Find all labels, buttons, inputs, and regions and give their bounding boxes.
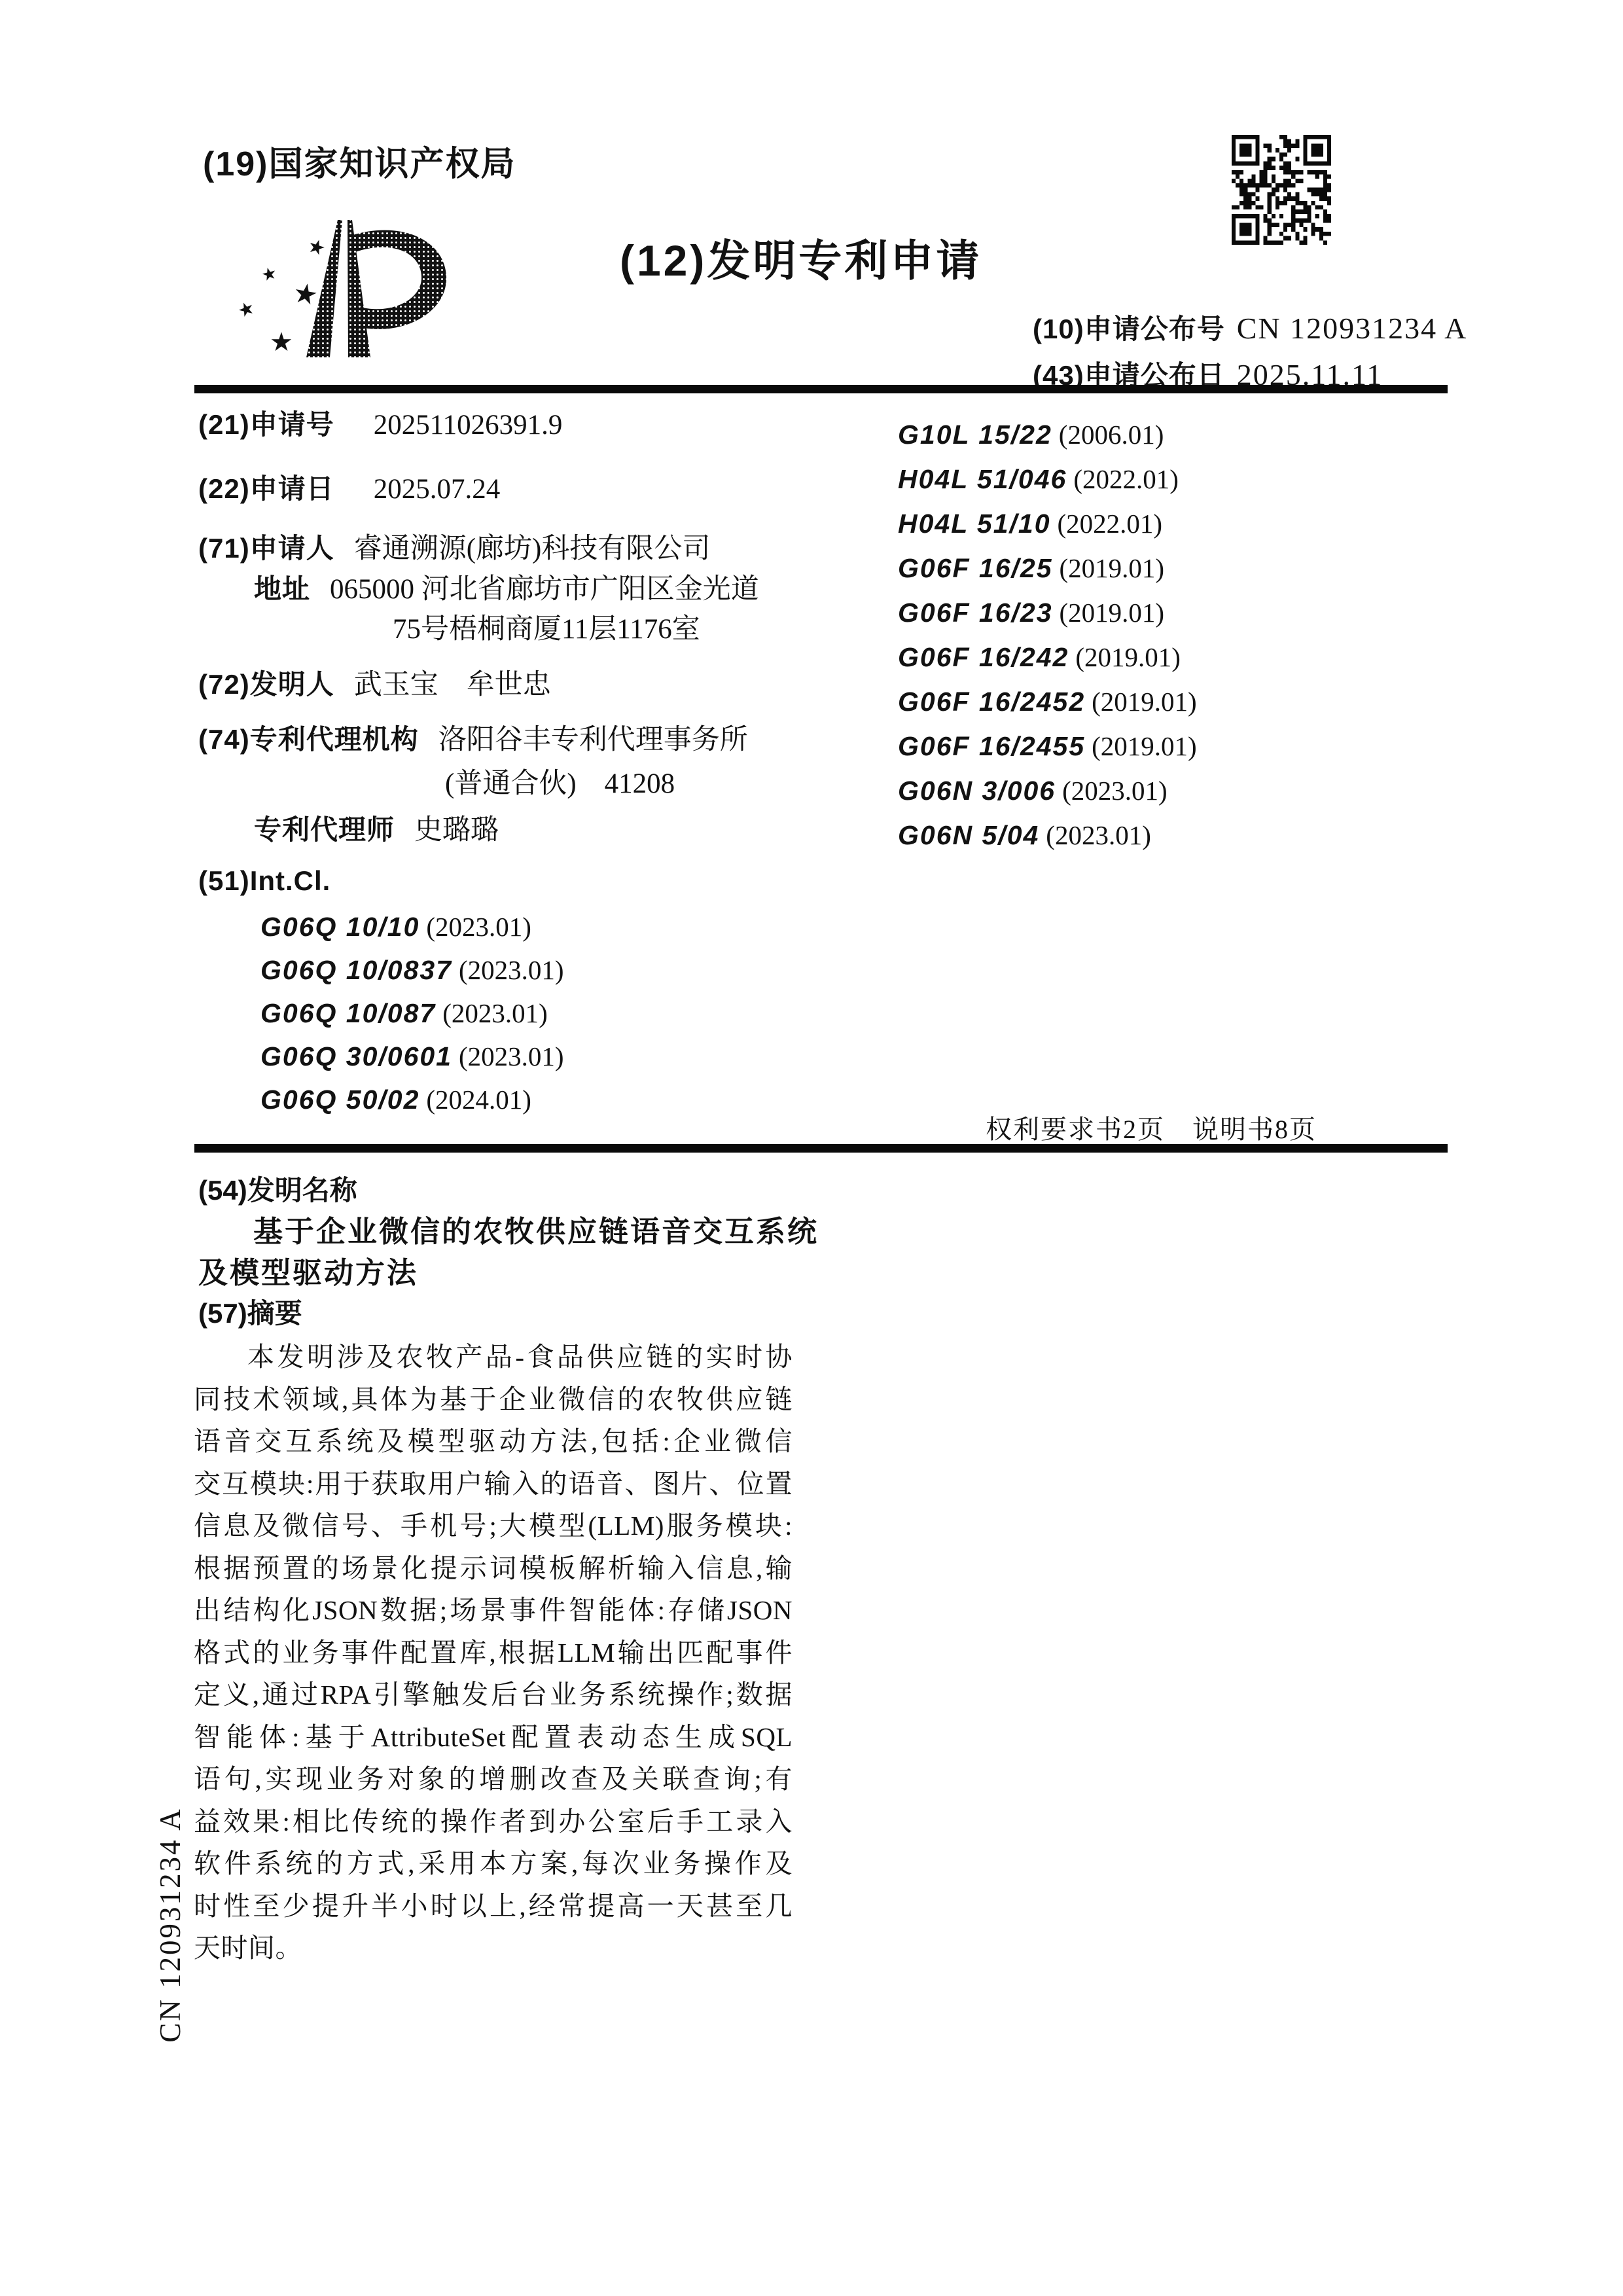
ipc-left-row: G06Q 50/02(2024.01)	[260, 1084, 531, 1115]
vertical-pub-number: CN 120931234 A	[153, 1787, 187, 2062]
ipc-code: G06F 16/2452	[898, 687, 1085, 717]
agency-row: (74)专利代理机构洛阳谷丰专利代理事务所	[198, 717, 748, 757]
agent-value: 史璐璐	[414, 815, 499, 846]
svg-text:★: ★	[291, 277, 320, 312]
ipc-version: (2022.01)	[1058, 509, 1163, 539]
ipc-version: (2019.01)	[1060, 598, 1165, 628]
agency-value: 洛阳谷丰专利代理事务所	[438, 725, 748, 755]
pub-number-label: (10)申请公布号	[1033, 314, 1225, 344]
ipc-right-row: H04L 51/046(2022.01)	[898, 463, 1179, 495]
abstract-line: 语句,实现业务对象的增删改查及关联查询;有	[194, 1757, 793, 1796]
ipc-version: (2022.01)	[1073, 464, 1179, 494]
invention-title-label: (54)发明名称	[198, 1169, 357, 1208]
address-line2: 75号梧桐商厦11层1176室	[393, 614, 700, 645]
abstract-line: 同技术领域,具体为基于企业微信的农牧供应链	[194, 1378, 793, 1416]
ipc-right-row: G06N 5/04(2023.01)	[898, 819, 1151, 851]
pub-number-row: (10)申请公布号CN 120931234 A	[1033, 308, 1467, 347]
patent-front-page: (19)国家知识产权局 ★ ★ ★ ★ ★ (12)发	[0, 0, 1623, 2296]
ipc-code: G06F 16/242	[898, 642, 1069, 672]
ipc-version: (2006.01)	[1059, 420, 1164, 450]
ipc-right-row: G10L 15/22(2006.01)	[898, 419, 1164, 450]
abstract-line: 出结构化JSON数据;场景事件智能体:存储JSON	[194, 1588, 793, 1627]
intcl-row: (51)Int.Cl.	[198, 865, 350, 897]
ipc-code: G06N 5/04	[898, 820, 1039, 850]
invention-title-line1: 基于企业微信的农牧供应链语音交互系统	[253, 1208, 819, 1250]
ipc-code: G06Q 30/0601	[260, 1041, 452, 1071]
abstract-line: 交互模块:用于获取用户输入的语音、图片、位置	[194, 1462, 793, 1501]
ipc-code: G06Q 10/0837	[260, 955, 452, 985]
agent-label: 专利代理师	[254, 814, 395, 845]
ipc-left-row: G06Q 10/087(2023.01)	[260, 997, 548, 1029]
ipc-version: (2023.01)	[426, 912, 531, 942]
ipc-version: (2023.01)	[1062, 776, 1168, 806]
application-date-row: (22)申请日2025.07.24	[198, 467, 500, 507]
intcl-label: (51)Int.Cl.	[198, 865, 330, 896]
address-label: 地址	[254, 573, 310, 604]
ipc-version: (2019.01)	[1092, 731, 1197, 761]
logo-p-bowl	[351, 230, 446, 329]
inventors-value: 武玉宝 牟世忠	[354, 670, 551, 700]
ipc-right-row: H04L 51/10(2022.01)	[898, 508, 1162, 539]
ipc-code: G06F 16/23	[898, 598, 1053, 628]
ipc-right-row: G06F 16/25(2019.01)	[898, 552, 1164, 584]
agency-line2: (普通合伙) 41208	[445, 768, 675, 799]
abstract-label: (57)摘要	[198, 1292, 302, 1331]
ipc-version: (2023.01)	[1046, 820, 1151, 850]
abstract-line: 定义,通过RPA引擎触发后台业务系统操作;数据	[194, 1673, 793, 1712]
ipc-version: (2023.01)	[459, 955, 564, 985]
ipc-code: G06F 16/2455	[898, 731, 1085, 761]
abstract-line: 语音交互系统及模型驱动方法,包括:企业微信	[194, 1420, 793, 1458]
ipc-version: (2024.01)	[426, 1085, 531, 1115]
ipc-right-row: G06F 16/242(2019.01)	[898, 641, 1181, 673]
ipc-code: G06Q 50/02	[260, 1085, 419, 1115]
ipc-version: (2019.01)	[1092, 687, 1197, 717]
ipc-version: (2023.01)	[442, 998, 548, 1028]
ipc-code: G06Q 10/087	[260, 998, 436, 1028]
svg-text:★: ★	[259, 262, 279, 285]
abstract-line: 信息及微信号、手机号;大模型(LLM)服务模块:	[194, 1504, 793, 1543]
ipc-version: (2019.01)	[1060, 553, 1165, 583]
ipc-right-row: G06F 16/2455(2019.01)	[898, 730, 1197, 762]
abstract-line: 软件系统的方式,采用本方案,每次业务操作及	[194, 1842, 793, 1880]
abstract-line: 天时间。	[194, 1926, 793, 1965]
invention-title-line2: 及模型驱动方法	[198, 1249, 418, 1291]
cnipa-logo: ★ ★ ★ ★ ★	[229, 208, 465, 375]
application-date-label: (22)申请日	[198, 473, 334, 504]
svg-text:★: ★	[235, 296, 258, 321]
ipc-code: H04L 51/046	[898, 464, 1067, 494]
abstract-line: 本发明涉及农牧产品-食品供应链的实时协	[194, 1335, 793, 1374]
applicant-value: 睿通溯源(廊坊)科技有限公司	[354, 533, 711, 564]
abstract-line: 时性至少提升半小时以上,经常提高一天甚至几	[194, 1884, 793, 1923]
address-row: 地址065000 河北省廊坊市广阳区金光道	[254, 567, 759, 607]
address-line1: 065000 河北省廊坊市广阳区金光道	[330, 574, 759, 605]
abstract-line: 格式的业务事件配置库,根据LLM输出匹配事件	[194, 1631, 793, 1670]
ipc-code: G10L 15/22	[898, 420, 1052, 450]
ipc-code: G06N 3/006	[898, 776, 1056, 806]
ipc-right-row: G06F 16/2452(2019.01)	[898, 686, 1197, 717]
application-number-row: (21)申请号202511026391.9	[198, 403, 562, 442]
office-name: (19)国家知识产权局	[203, 136, 516, 185]
svg-text:★: ★	[270, 328, 293, 357]
pub-number-value: CN 120931234 A	[1237, 312, 1468, 345]
ipc-code: G06F 16/25	[898, 553, 1053, 583]
agency-row2: (普通合伙) 41208	[445, 761, 675, 801]
agency-label: (74)专利代理机构	[198, 724, 419, 755]
header-divider-rule	[194, 385, 1448, 393]
abstract-line: 智能体:基于AttributeSet配置表动态生成SQL	[194, 1715, 793, 1754]
ipc-code: H04L 51/10	[898, 509, 1051, 539]
inventors-label: (72)发明人	[198, 669, 334, 700]
qr-code	[1232, 135, 1331, 248]
applicant-label: (71)申请人	[198, 533, 334, 564]
ipc-version: (2023.01)	[459, 1041, 564, 1071]
svg-text:★: ★	[305, 234, 329, 260]
abstract-line: 根据预置的场景化提示词模板解析输入信息,输	[194, 1547, 793, 1585]
application-number-value: 202511026391.9	[374, 410, 563, 440]
pages-note: 权利要求书2页 说明书8页	[986, 1109, 1317, 1146]
ipc-right-row: G06N 3/006(2023.01)	[898, 775, 1168, 806]
ipc-left-row: G06Q 10/0837(2023.01)	[260, 954, 564, 986]
ipc-code: G06Q 10/10	[260, 912, 419, 942]
application-number-label: (21)申请号	[198, 409, 334, 440]
ipc-left-row: G06Q 10/10(2023.01)	[260, 911, 531, 942]
agent-row: 专利代理师史璐璐	[254, 808, 499, 848]
abstract-line: 益效果:相比传统的操作者到办公室后手工录入	[194, 1800, 793, 1839]
ipc-left-row: G06Q 30/0601(2023.01)	[260, 1041, 564, 1072]
address-row2: 75号梧桐商厦11层1176室	[393, 607, 700, 647]
ipc-right-row: G06F 16/23(2019.01)	[898, 597, 1164, 628]
inventors-row: (72)发明人武玉宝 牟世忠	[198, 662, 551, 702]
application-date-value: 2025.07.24	[374, 474, 501, 505]
ipc-version: (2019.01)	[1075, 642, 1181, 672]
doc-type-title: (12)发明专利申请	[620, 226, 982, 288]
applicant-row: (71)申请人睿通溯源(廊坊)科技有限公司	[198, 526, 710, 566]
body-divider-rule	[194, 1144, 1448, 1153]
